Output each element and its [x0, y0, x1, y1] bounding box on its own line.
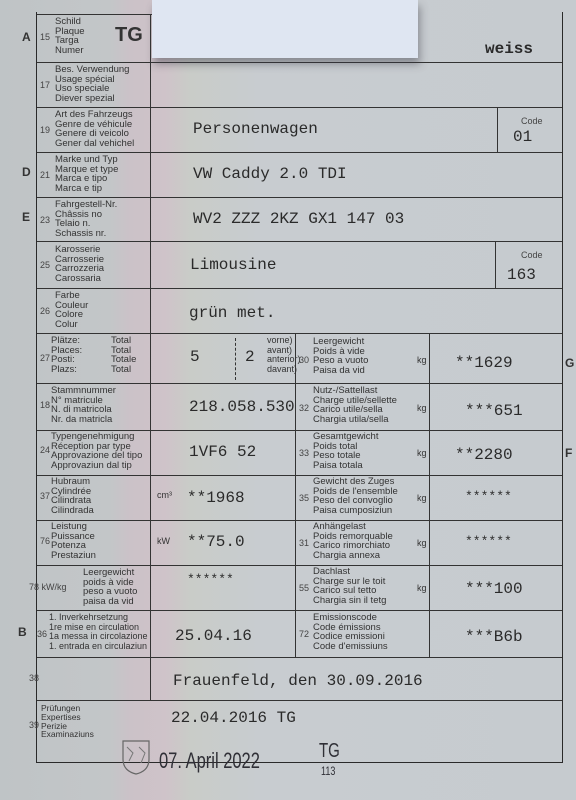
field-24-number: 24 — [40, 445, 50, 455]
field-78-label: Leergewichtpoids à videpeso a vuotopaisa… — [83, 568, 137, 606]
form-grid: 15 SchildPlaqueTargaNumer TG weiss 17 Be… — [36, 12, 563, 763]
field-23-label: Fahrgestell-Nr.Châssis noTelaio n.Schass… — [55, 200, 117, 238]
field-23-number: 23 — [40, 215, 50, 225]
displacement: **1968 — [187, 489, 245, 507]
side-marker-b: B — [18, 625, 27, 639]
field-33-label: GesamtgewichtPoids totalPeso totalePaisa… — [313, 432, 378, 470]
field-21-label: Marke und TypMarque et typeMarca e tipoM… — [55, 155, 118, 193]
type-approval: 1VF6 52 — [189, 443, 256, 461]
side-marker-d: D — [22, 165, 31, 179]
field-25-label: KarosserieCarrosserieCarrozzeriaCarossar… — [55, 245, 104, 283]
field-37-label: HubraumCylindréeCilindrataCilindrada — [51, 477, 94, 515]
registration-document: A D E B G F 15 SchildPla — [0, 0, 576, 800]
vehicle-type-code: 01 — [513, 128, 532, 146]
train-weight: ****** — [465, 489, 512, 504]
make-model: VW Caddy 2.0 TDI — [193, 165, 347, 183]
field-30-unit: kg — [417, 355, 427, 365]
payload: ***651 — [465, 402, 523, 420]
field-35-unit: kg — [417, 493, 427, 503]
field-55-label: DachlastCharge sur le toitCarico sul tet… — [313, 567, 386, 605]
inspection-stamp-canton: TG — [319, 740, 340, 763]
field-15-number: 15 — [40, 32, 50, 42]
body-type-code-label: Code — [521, 250, 543, 260]
field-76-label: LeistungPuissancePotenzaPrestaziun — [51, 522, 96, 560]
field-37-unit: cm³ — [157, 490, 172, 500]
issue-place-date: Frauenfeld, den 30.09.2016 — [173, 672, 423, 690]
field-36-number: 36 — [37, 629, 47, 639]
field-55-unit: kg — [417, 583, 427, 593]
plate-color: weiss — [485, 40, 533, 58]
field-30-number: 30 — [299, 355, 309, 365]
field-18-number: 18 — [40, 400, 50, 410]
plate-canton: TG — [115, 24, 143, 47]
field-76-number: 76 — [40, 536, 50, 546]
side-marker-f: F — [565, 446, 572, 460]
body-type: Limousine — [190, 256, 276, 274]
field-55-number: 55 — [299, 583, 309, 593]
chassis-number: WV2 ZZZ 2KZ GX1 147 03 — [193, 210, 404, 228]
field-31-label: AnhängelastPoids remorquableCarico rimor… — [313, 522, 393, 560]
field-35-label: Gewicht des ZugesPoids de l'ensemblePeso… — [313, 477, 398, 515]
body-type-code: 163 — [507, 266, 536, 284]
field-24-label: TypengenehmigungRéception par typeApprov… — [51, 432, 142, 470]
field-19-label: Art des FahrzeugsGenre de véhiculeGenere… — [55, 110, 134, 148]
field-39-label: PrüfungenExpertisesPerizieExaminaziuns — [41, 704, 94, 739]
side-marker-g: G — [565, 356, 574, 370]
total-weight: **2280 — [455, 446, 513, 464]
sticky-note — [152, 0, 418, 58]
inspection-stamp-date: 07. April 2022 — [159, 748, 260, 774]
side-marker-e: E — [22, 210, 30, 224]
field-72-label: EmissionscodeCode émissionsCodice emissi… — [313, 613, 388, 651]
power-to-weight: ****** — [187, 572, 234, 587]
first-registration: 25.04.16 — [175, 627, 252, 645]
inspection-stamp-number: 113 — [321, 764, 335, 778]
field-19-number: 19 — [40, 125, 50, 135]
field-25-number: 25 — [40, 260, 50, 270]
seats-front: 2 — [245, 348, 255, 366]
field-31-unit: kg — [417, 538, 427, 548]
field-35-number: 35 — [299, 493, 309, 503]
field-37-number: 37 — [40, 491, 50, 501]
field-18-label: StammnummerN° matriculeN. di matricolaNr… — [51, 386, 116, 424]
coat-of-arms-icon — [121, 739, 151, 775]
field-17-label: Bes. VerwendungUsage spécialUso speciale… — [55, 65, 129, 103]
vehicle-color: grün met. — [189, 304, 275, 322]
field-38-number: 38 — [29, 673, 39, 683]
field-17-number: 17 — [40, 80, 50, 90]
field-15-label: SchildPlaqueTargaNumer — [55, 17, 85, 55]
field-26-label: FarbeCouleurColoreColur — [55, 291, 88, 329]
towing-weight: ****** — [465, 534, 512, 549]
field-27-number: 27 — [40, 353, 50, 363]
seats-front-label: vorne)avant)anterior)davant) — [267, 336, 301, 374]
inspection-date: 22.04.2016 TG — [171, 709, 296, 727]
field-39-number: 39 — [29, 720, 39, 730]
field-72-number: 72 — [299, 629, 309, 639]
field-30-label: LeergewichtPoids à videPeso a vuotoPaisa… — [313, 337, 368, 375]
vehicle-type: Personenwagen — [193, 120, 318, 138]
field-21-number: 21 — [40, 170, 50, 180]
power: **75.0 — [187, 533, 245, 551]
field-27-totals: TotalTotalTotaleTotal — [111, 336, 136, 374]
field-32-unit: kg — [417, 403, 427, 413]
matriculation-number: 218.058.530 — [189, 398, 295, 416]
field-78-number: 78 kW/kg — [29, 582, 67, 592]
field-33-unit: kg — [417, 448, 427, 458]
field-27-label: Plätze:Places:Posti:Plazs: — [51, 336, 82, 374]
field-76-unit: kW — [157, 536, 170, 546]
field-32-label: Nutz-/SattellastCharge utile/selletteCar… — [313, 386, 397, 424]
side-marker-a: A — [22, 30, 31, 44]
empty-weight: **1629 — [455, 354, 513, 372]
field-26-number: 26 — [40, 306, 50, 316]
vehicle-type-code-label: Code — [521, 116, 543, 126]
field-36-label: 1. Inverkehrsetzung1re mise en circulati… — [49, 613, 148, 652]
field-32-number: 32 — [299, 403, 309, 413]
emission-code: ***B6b — [465, 628, 523, 646]
field-33-number: 33 — [299, 448, 309, 458]
roof-load: ***100 — [465, 580, 523, 598]
field-31-number: 31 — [299, 538, 309, 548]
seats-total: 5 — [190, 348, 200, 366]
